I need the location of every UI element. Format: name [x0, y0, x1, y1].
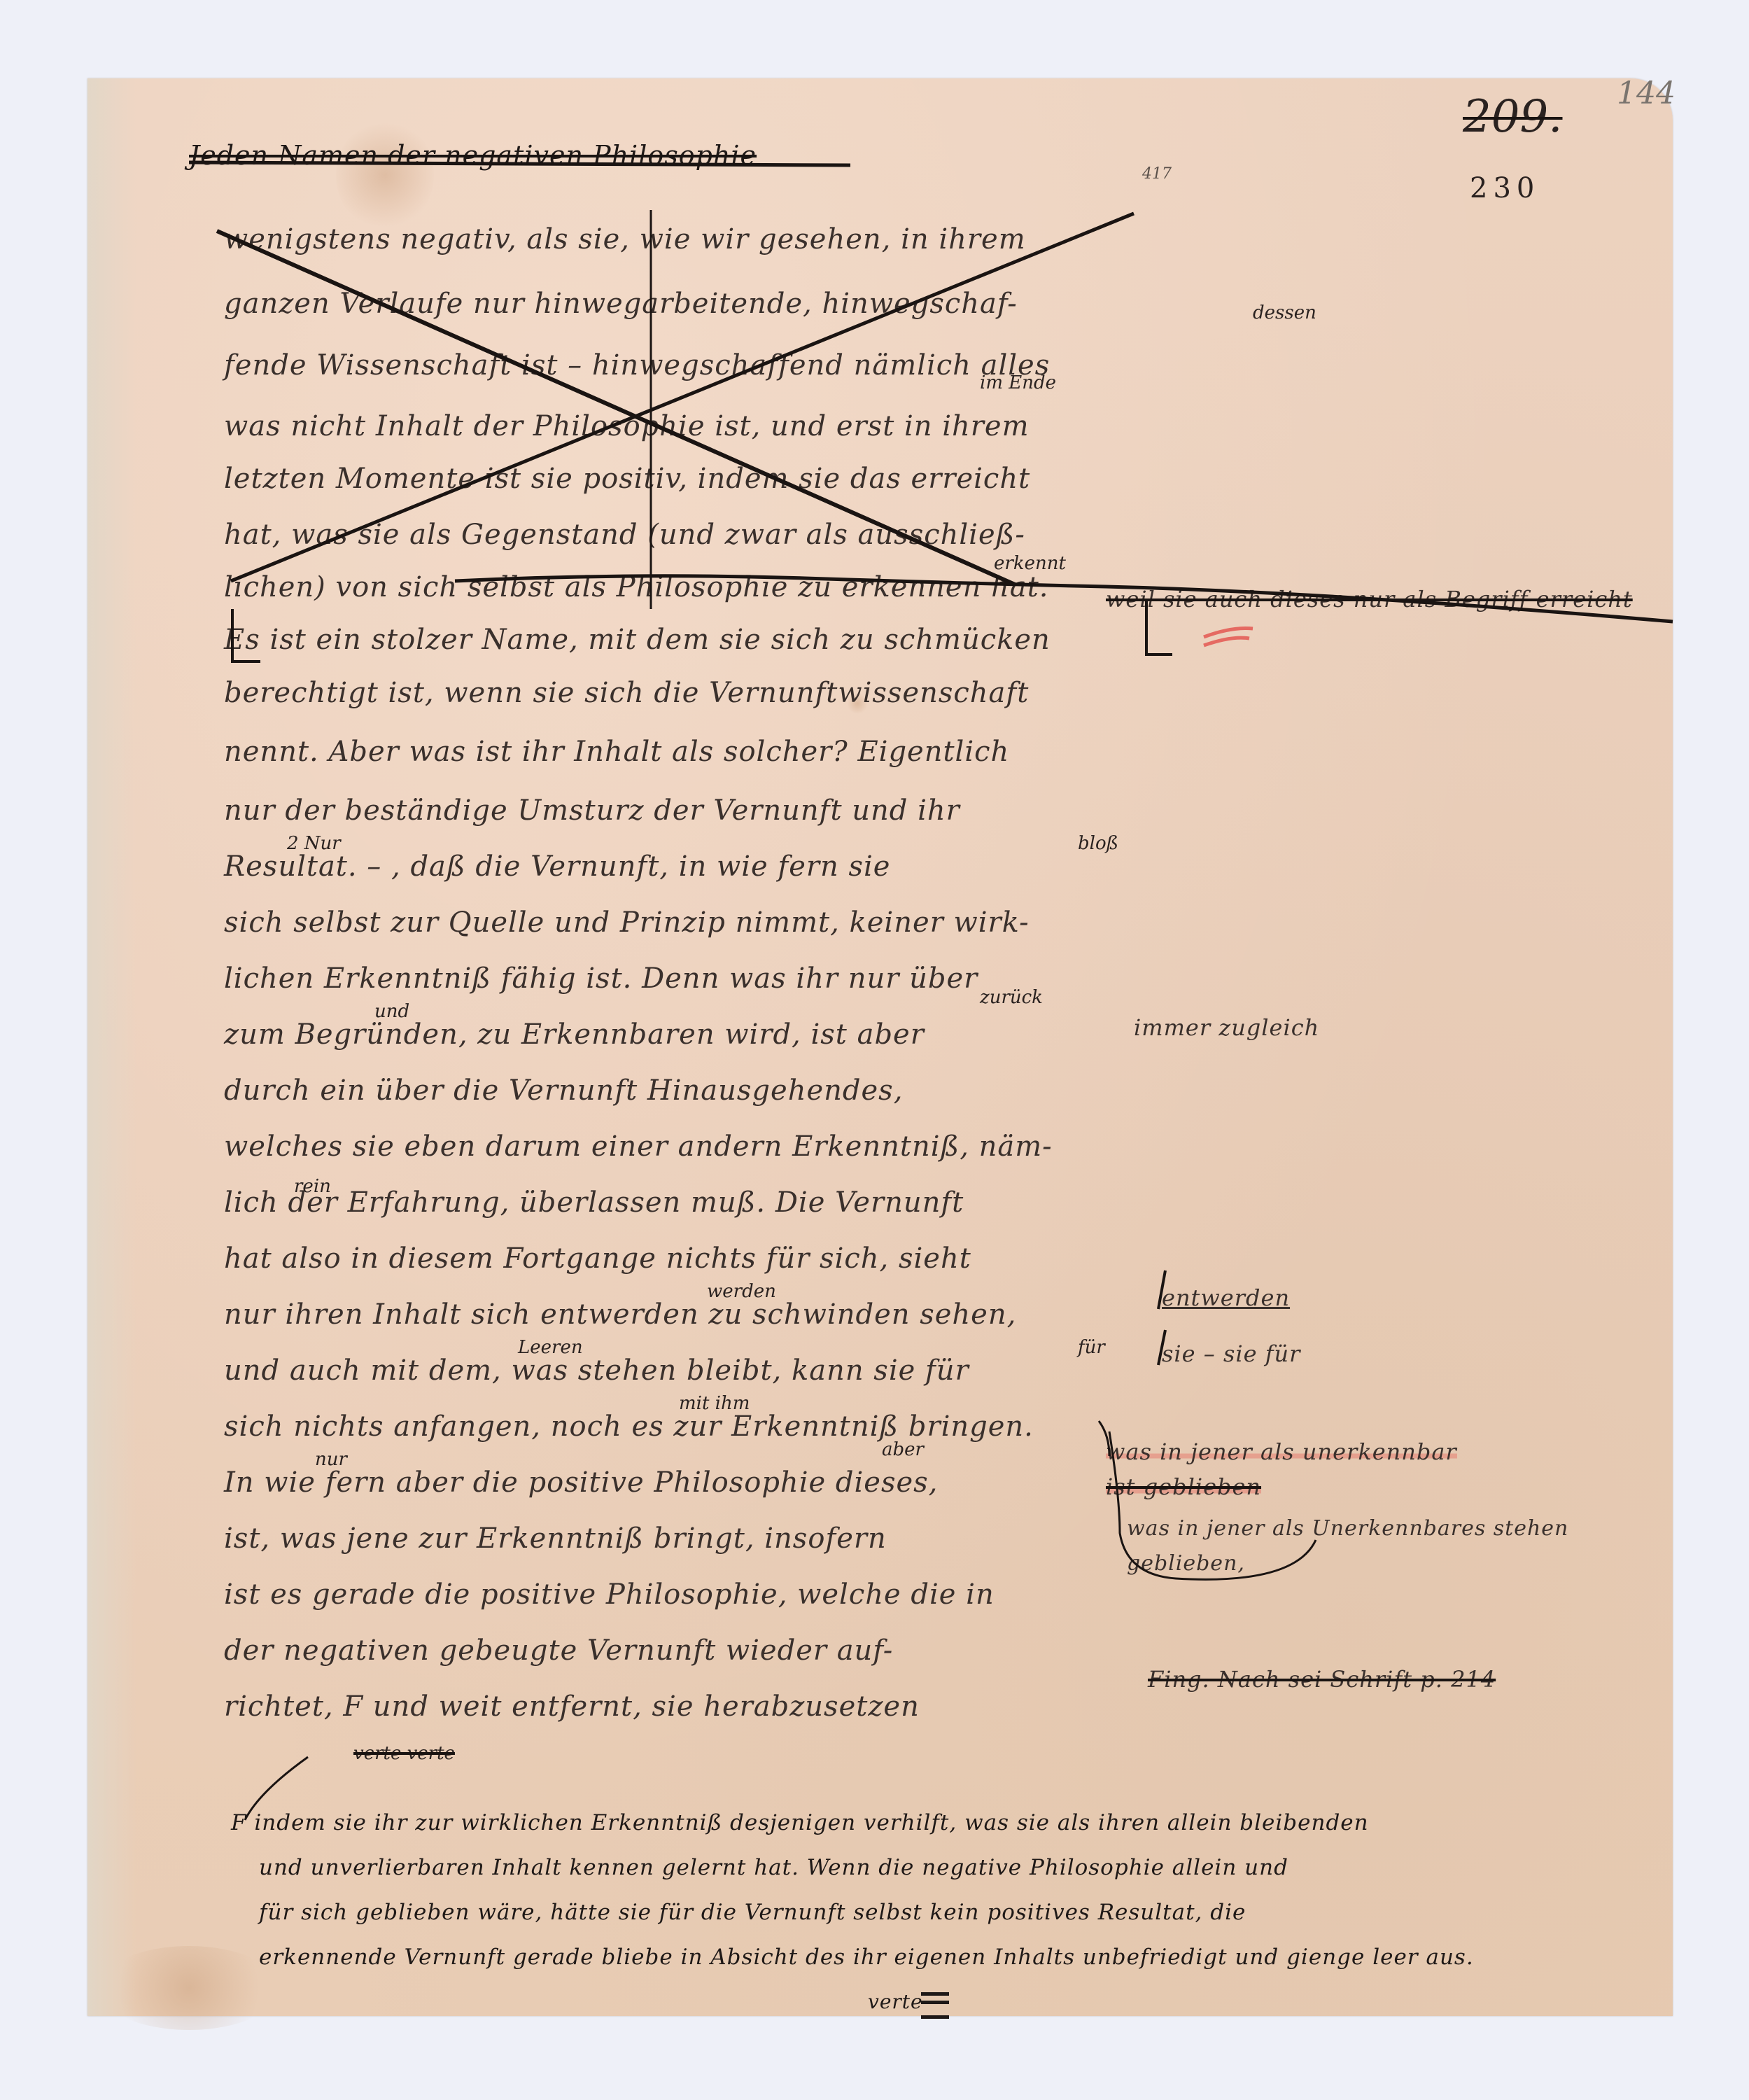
body-line-12: hat also in diesem Fortgange nichts für … [224, 1242, 971, 1275]
crossed-line-1: wenigstens negativ, als sie, wie wir ges… [224, 223, 1026, 256]
body-line-14: und auch mit dem, was stehen bleibt, kan… [224, 1354, 969, 1387]
insert-rein: rein [294, 1176, 331, 1197]
margin-note-unerkennbares: was in jener als Unerkennbares stehen [1127, 1512, 1568, 1546]
footer-line-1: F indem sie ihr zur wirklichen Erkenntni… [231, 1806, 1369, 1840]
margin-mark: 417 [1142, 165, 1172, 183]
margin-note-red-2: ist geblieben [1106, 1470, 1261, 1504]
insert-immer-zugleich: immer zugleich [1134, 1011, 1319, 1044]
body-line-3: nennt. Aber was ist ihr Inhalt als solch… [224, 735, 1009, 769]
body-line-8: zum Begründen, zu Erkennbaren wird, ist … [224, 1018, 925, 1051]
insert-dessen: dessen [1253, 302, 1316, 323]
insert-verte-verte: verte verte [353, 1743, 455, 1764]
insert-mit-ihm: mit ihm [679, 1393, 750, 1414]
margin-note-red-1: was in jener als unerkennbar [1106, 1435, 1457, 1469]
page-number-struck: 209. [1463, 91, 1563, 143]
margin-note-entwerden: entwerden [1162, 1281, 1290, 1315]
crossed-line-2: ganzen Verlaufe nur hinwegarbeitende, hi… [224, 287, 1018, 321]
insert-nur-2: 2 Nur [287, 833, 341, 854]
crossed-line-4: was nicht Inhalt der Philosophie ist, un… [224, 409, 1030, 443]
margin-tail-struck: weil sie auch dieses nur als Begriff err… [1106, 582, 1633, 616]
body-line-7: lichen Erkenntniß fähig ist. Denn was ih… [224, 962, 978, 995]
footer-line-2: und unverlierbaren Inhalt kennen gelernt… [259, 1851, 1288, 1884]
footer-line-3: für sich geblieben wäre, hätte sie für d… [259, 1896, 1246, 1929]
body-line-11: lich der Erfahrung, überlassen muß. Die … [224, 1186, 964, 1219]
margin-note-struck: Fing. Nach sei Schrift p. 214 [1148, 1662, 1496, 1696]
body-line-19: der negativen gebeugte Vernunft wieder a… [224, 1634, 893, 1667]
body-line-5: Resultat. – , daß die Vernunft, in wie f… [224, 850, 890, 883]
margin-note-geblieben: geblieben, [1127, 1547, 1245, 1581]
body-line-18: ist es gerade die positive Philosophie, … [224, 1578, 995, 1611]
crossed-line-7: lichen) von sich selbst als Philosophie … [224, 570, 1048, 604]
insert-und: und [374, 1001, 409, 1022]
body-line-2: berechtigt ist, wenn sie sich die Vernun… [224, 676, 1029, 710]
insert-bloss: bloß [1078, 833, 1118, 854]
insert-nur: nur [315, 1449, 347, 1470]
insert-zurueck-red: zurück [980, 987, 1043, 1008]
body-line-10: welches sie eben darum einer andern Erke… [224, 1130, 1053, 1163]
body-line-4: nur der beständige Umsturz der Vernunft … [224, 794, 960, 827]
paper-fold-edge [87, 78, 136, 2016]
body-line-17: ist, was jene zur Erkenntniß bringt, ins… [224, 1522, 887, 1555]
footer-line-4: erkennende Vernunft gerade bliebe in Abs… [259, 1940, 1474, 1974]
body-line-20: richtet, F und weit entfernt, sie herabz… [224, 1690, 920, 1723]
crossed-line-5: letzten Momente ist sie positiv, indem s… [224, 462, 1030, 496]
insert-im-ende: im Ende [980, 372, 1056, 393]
body-line-15: sich nichts anfangen, noch es zur Erkenn… [224, 1410, 1034, 1443]
insert-werden: werden [707, 1281, 776, 1302]
crossed-line-3: fende Wissenschaft ist – hinwegschaffend… [224, 349, 1050, 382]
insert-fuer: für [1078, 1337, 1105, 1358]
body-line-1: Es ist ein stolzer Name, mit dem sie sic… [224, 623, 1051, 657]
crossed-line-6: hat, was sie als Gegenstand (und zwar al… [224, 518, 1025, 552]
verte-triple-bar [921, 1992, 949, 2019]
paper-stain [336, 119, 434, 231]
insert-leeren: Leeren [518, 1337, 583, 1358]
folio-number-pencil: 144 [1617, 76, 1676, 111]
body-line-16: In wie fern aber die positive Philosophi… [224, 1466, 938, 1499]
body-line-13: nur ihren Inhalt sich entwerden zu schwi… [224, 1298, 1016, 1331]
page-number: 230 [1470, 172, 1540, 204]
paper-stain [98, 1946, 280, 2030]
heading-struck: Jeden Namen der negativen Philosophie [189, 139, 757, 172]
insert-aber: aber [882, 1439, 924, 1460]
margin-note-sie-sie-fuer: sie – sie für [1162, 1337, 1300, 1371]
body-line-6: sich selbst zur Quelle und Prinzip nimmt… [224, 906, 1030, 939]
insert-erkennt: erkennt [994, 553, 1066, 574]
body-line-9: durch ein über die Vernunft Hinausgehend… [224, 1074, 903, 1107]
footer-verte: verte [868, 1985, 923, 2019]
